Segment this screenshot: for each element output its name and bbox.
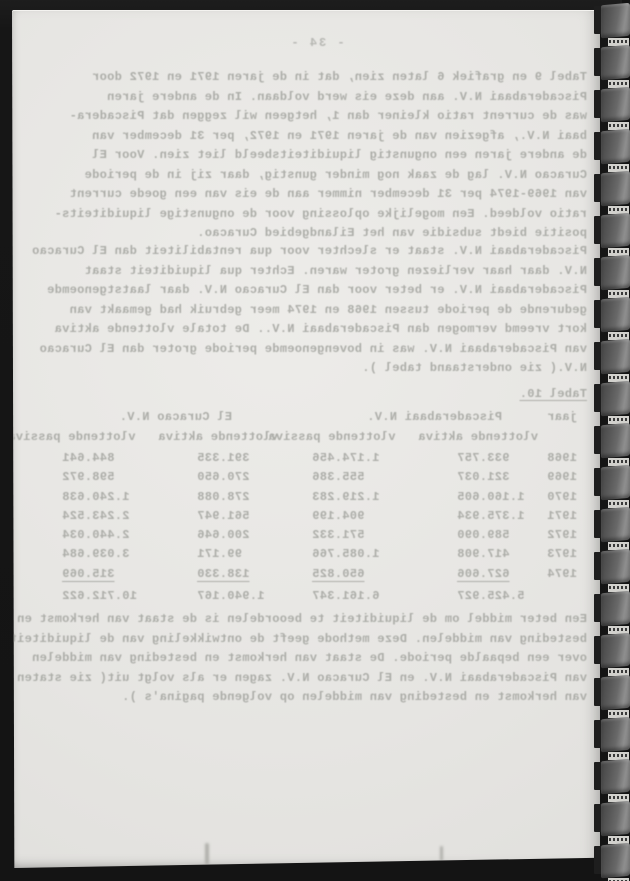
table-totals-row: 5.425.927 6.161.347 1.940.167 10.712.622 bbox=[12, 589, 600, 608]
total-company2-passiva: 10.712.622 bbox=[62, 589, 162, 603]
binding-ring bbox=[594, 466, 630, 499]
binding-ring bbox=[594, 592, 630, 625]
paper-sheet: - 34 - Tabel 9 en grafiek 6 laten zien, … bbox=[12, 10, 600, 868]
binding-ring bbox=[594, 802, 630, 835]
table-cell-company2-aktiva: 138.330 bbox=[197, 567, 297, 581]
binding-ring-body bbox=[601, 87, 630, 123]
table-row: 1970 1.160.605 1.219.283 278.088 1.240.6… bbox=[12, 490, 600, 509]
table-group-header-row: jaar Piscaderabaai N.V. El Curacao N.V. bbox=[12, 410, 600, 429]
table-sub-header-row: vlottende aktiva vlottende passiva vlott… bbox=[12, 430, 600, 449]
table-caption: Tabel 10. bbox=[519, 387, 587, 401]
table-subheader-company2: vlottende aktiva vlottende passiva bbox=[8, 430, 278, 444]
binding-ring-body bbox=[601, 465, 630, 501]
table-cell-company1-aktiva: 1.160.605 bbox=[457, 490, 557, 504]
table-cell-company2-passiva: 598.972 bbox=[62, 470, 162, 484]
table-cell-company2-aktiva: 391.335 bbox=[197, 451, 297, 465]
binding-ring-body bbox=[601, 675, 630, 711]
table-row: 1968 933.757 1.174.456 391.335 844.641 bbox=[12, 451, 600, 470]
binding-ring-body bbox=[601, 339, 630, 375]
table-cell-company1-aktiva: 1.375.934 bbox=[457, 509, 557, 523]
table-cell-company2-passiva: 1.240.638 bbox=[62, 490, 162, 504]
bleed-through-text-layer: - 34 - Tabel 9 en grafiek 6 laten zien, … bbox=[12, 10, 600, 868]
binding-ring-body bbox=[601, 297, 630, 333]
binding-ring-body bbox=[601, 45, 630, 81]
binding-ring bbox=[594, 172, 630, 205]
binding-ring bbox=[594, 214, 630, 247]
table-cell-company1-passiva: 904.199 bbox=[312, 509, 412, 523]
binding-ring-body bbox=[601, 759, 630, 795]
table-cell-company1-aktiva: 933.757 bbox=[457, 451, 557, 465]
table-header-company1: Piscaderabaai N.V. bbox=[367, 410, 502, 424]
table-cell-company1-aktiva: 417.908 bbox=[457, 547, 557, 561]
table-row: 1972 589.090 571.332 200.646 2.440.034 bbox=[12, 528, 600, 547]
binding-ring bbox=[594, 634, 630, 667]
binding-ring bbox=[594, 88, 630, 121]
paragraph-3: Een beter middel om de liquiditeit te be… bbox=[9, 610, 587, 708]
binding-ring bbox=[594, 676, 630, 709]
table-cell-company1-passiva: 650.825 bbox=[312, 567, 412, 581]
table-cell-company2-aktiva: 99.171 bbox=[197, 547, 297, 561]
binding-ring-body bbox=[601, 843, 630, 879]
table-row: 1969 321.037 555.386 270.650 598.972 bbox=[12, 470, 600, 489]
table-cell-company1-aktiva: 321.037 bbox=[457, 470, 557, 484]
table-cell-company1-aktiva: 627.606 bbox=[457, 567, 557, 581]
table-header-year: jaar bbox=[547, 410, 577, 424]
total-company1-aktiva: 5.425.927 bbox=[457, 589, 557, 603]
table-cell-company2-passiva: 315.069 bbox=[62, 567, 162, 581]
table-cell-company1-passiva: 1.174.456 bbox=[312, 451, 412, 465]
binding-ring-body bbox=[601, 423, 630, 459]
binding-ring bbox=[594, 298, 630, 331]
binding-ring bbox=[594, 256, 630, 289]
binding-ring bbox=[594, 382, 630, 415]
table-row: 1973 417.908 1.085.766 99.171 3.039.684 bbox=[12, 547, 600, 566]
binding-ring bbox=[594, 46, 630, 79]
binding-ring-body bbox=[601, 3, 630, 39]
binding-ring-body bbox=[601, 717, 630, 753]
binding-ring bbox=[594, 130, 630, 163]
paragraph-1: Tabel 9 en grafiek 6 laten zien, dat in … bbox=[54, 68, 587, 244]
total-company1-passiva: 6.161.347 bbox=[312, 589, 412, 603]
table-row: 1974 627.606 650.825 138.330 315.069 bbox=[12, 567, 600, 586]
binding-ring bbox=[594, 340, 630, 373]
table-cell-company2-passiva: 3.039.684 bbox=[62, 547, 162, 561]
scanned-page: - 34 - Tabel 9 en grafiek 6 laten zien, … bbox=[0, 0, 630, 881]
table-row: 1971 1.375.934 904.199 561.947 2.243.524 bbox=[12, 509, 600, 528]
table-cell-company1-passiva: 1.085.766 bbox=[312, 547, 412, 561]
table-cell-company2-passiva: 2.440.034 bbox=[62, 528, 162, 542]
smudge-mark bbox=[205, 843, 209, 865]
smudge-mark bbox=[440, 846, 443, 861]
binding-ring-body bbox=[601, 801, 630, 837]
binding-ring-body bbox=[601, 381, 630, 417]
binding-ring-body bbox=[601, 171, 630, 207]
spiral-binding bbox=[592, 0, 630, 881]
binding-ring-body bbox=[601, 633, 630, 669]
table-subheader-company1: vlottende aktiva vlottende passiva bbox=[268, 430, 538, 444]
table-cell-company1-passiva: 555.386 bbox=[312, 470, 412, 484]
binding-ring-body bbox=[601, 549, 630, 585]
binding-ring bbox=[594, 844, 630, 877]
binding-ring bbox=[594, 760, 630, 793]
table-cell-company1-passiva: 1.219.283 bbox=[312, 490, 412, 504]
page-number: - 34 - bbox=[34, 36, 600, 50]
table-cell-company2-aktiva: 278.088 bbox=[197, 490, 297, 504]
table-cell-company2-aktiva: 270.650 bbox=[197, 470, 297, 484]
binding-ring-body bbox=[601, 255, 630, 291]
binding-ring-body bbox=[601, 591, 630, 627]
binding-ring bbox=[594, 550, 630, 583]
table-cell-company2-passiva: 844.641 bbox=[62, 451, 162, 465]
paragraph-2: Piscaderabaai N.V. staat er slechter voo… bbox=[32, 242, 587, 379]
table-cell-company1-aktiva: 589.090 bbox=[457, 528, 557, 542]
binding-ring bbox=[594, 4, 630, 37]
binding-ring bbox=[594, 424, 630, 457]
binding-ring-body bbox=[601, 213, 630, 249]
table-body: 1968 933.757 1.174.456 391.335 844.641 1… bbox=[12, 451, 600, 586]
table-header-company2: El Curacao N.V. bbox=[119, 410, 232, 424]
table-cell-company1-passiva: 571.332 bbox=[312, 528, 412, 542]
binding-ring-body bbox=[601, 129, 630, 165]
binding-ring bbox=[594, 508, 630, 541]
table-cell-company2-aktiva: 561.947 bbox=[197, 509, 297, 523]
total-company2-aktiva: 1.940.167 bbox=[197, 589, 297, 603]
binding-ring-body bbox=[601, 507, 630, 543]
table-cell-company2-passiva: 2.243.524 bbox=[62, 509, 162, 523]
table-cell-company2-aktiva: 200.646 bbox=[197, 528, 297, 542]
binding-ring bbox=[594, 718, 630, 751]
